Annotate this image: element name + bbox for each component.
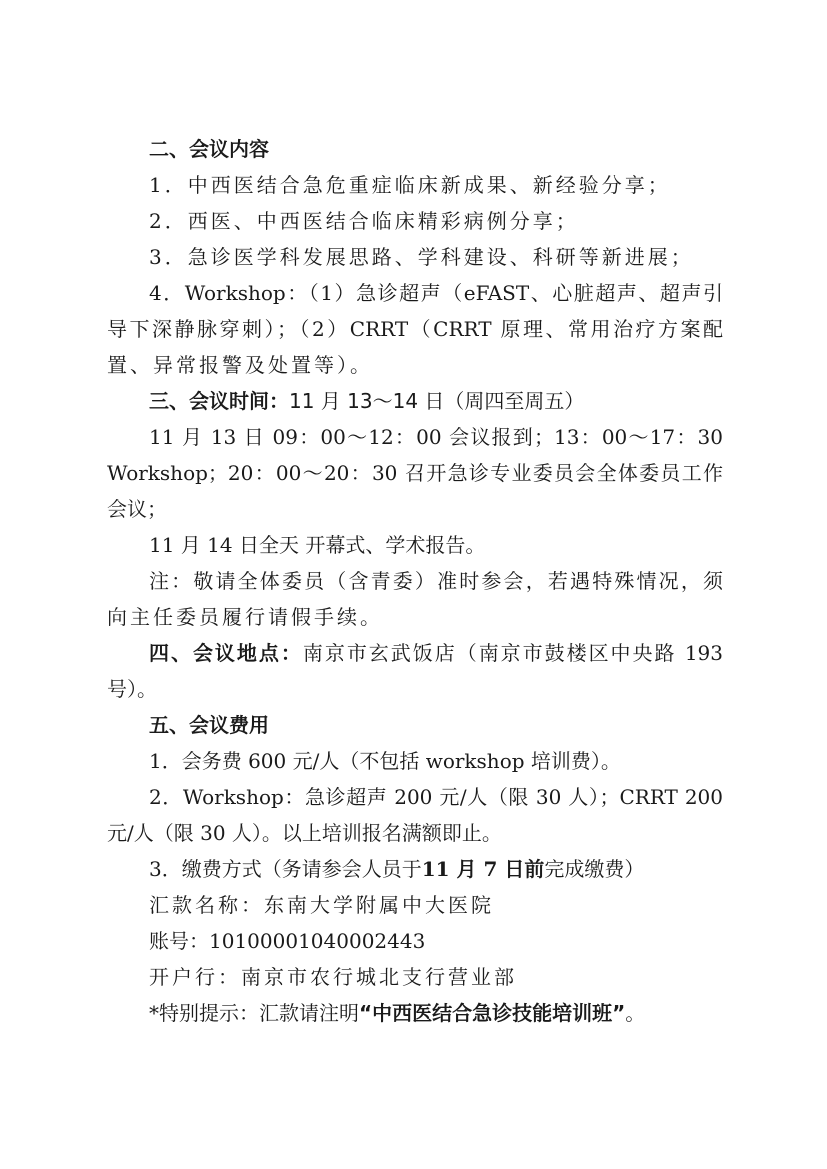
section-5-title: 五、会议费用	[107, 707, 723, 743]
special-note-prefix: *特别提示：汇款请注明	[149, 1001, 359, 1025]
payment-method-suffix: 完成缴费）	[544, 857, 644, 881]
payment-method-prefix: 3．缴费方式（务请参会人员于	[149, 857, 422, 881]
section-4-venue: 南京市玄武饭店（南京市鼓楼区中央路 193	[303, 641, 723, 665]
account-number: 账号：10100001040002443	[107, 923, 723, 959]
section-2-item-4-line-3: 置、异常报警及处置等）。	[107, 347, 723, 383]
section-3-day1-line-3: 会议；	[107, 491, 723, 527]
section-2-item-1: 1．中西医结合急危重症临床新成果、新经验分享；	[107, 167, 723, 203]
bank-branch: 开户行：南京市农行城北支行营业部	[107, 959, 723, 995]
section-5-item-1: 1．会务费 600 元/人（不包括 workshop 培训费）。	[107, 743, 723, 779]
document-page: 二、会议内容 1．中西医结合急危重症临床新成果、新经验分享； 2．西医、中西医结…	[107, 131, 723, 1031]
section-3-note-line-2: 向主任委员履行请假手续。	[107, 599, 723, 635]
section-2-item-3: 3．急诊医学科发展思路、学科建设、科研等新进展；	[107, 239, 723, 275]
section-3-day1-line-1: 11 月 13 日 09：00～12：00 会议报到；13：00～17：30	[107, 419, 723, 455]
section-2-item-4-line-2: 导下深静脉穿刺）；（2）CRRT（CRRT 原理、常用治疗方案配	[107, 311, 723, 347]
section-3-title-dates: 11 月 13～14 日（周四至周五）	[289, 389, 584, 413]
section-5-item-2-line-2: 元/人（限 30 人）。以上培训报名满额即止。	[107, 815, 723, 851]
special-note: *特别提示：汇款请注明“中西医结合急诊技能培训班”。	[107, 995, 723, 1031]
payment-deadline: 11 月 7 日前	[422, 857, 545, 881]
section-4-title: 四、会议地点：	[149, 641, 303, 665]
section-3-day1-line-2: Workshop；20：00～20：30 召开急诊专业委员会全体委员工作	[107, 455, 723, 491]
section-4-line-1: 四、会议地点：南京市玄武饭店（南京市鼓楼区中央路 193	[107, 635, 723, 671]
section-5-item-3: 3．缴费方式（务请参会人员于11 月 7 日前完成缴费）	[107, 851, 723, 887]
section-3-day2: 11 月 14 日全天 开幕式、学术报告。	[107, 527, 723, 563]
section-3-title: 三、会议时间：11 月 13～14 日（周四至周五）	[107, 383, 723, 419]
section-3-title-label: 三、会议时间：	[149, 389, 289, 413]
special-note-course-name: “中西医结合急诊技能培训班”	[359, 1001, 625, 1025]
section-5-item-2-line-1: 2．Workshop：急诊超声 200 元/人（限 30 人）；CRRT 200	[107, 779, 723, 815]
section-3-note-line-1: 注：敬请全体委员（含青委）准时参会，若遇特殊情况，须	[107, 563, 723, 599]
special-note-suffix: 。	[625, 1001, 645, 1025]
section-4-line-2: 号）。	[107, 671, 723, 707]
section-2-title: 二、会议内容	[107, 131, 723, 167]
section-2-item-4-line-1: 4．Workshop：（1）急诊超声（eFAST、心脏超声、超声引	[107, 275, 723, 311]
payee-name: 汇款名称：东南大学附属中大医院	[107, 887, 723, 923]
section-2-item-2: 2．西医、中西医结合临床精彩病例分享；	[107, 203, 723, 239]
